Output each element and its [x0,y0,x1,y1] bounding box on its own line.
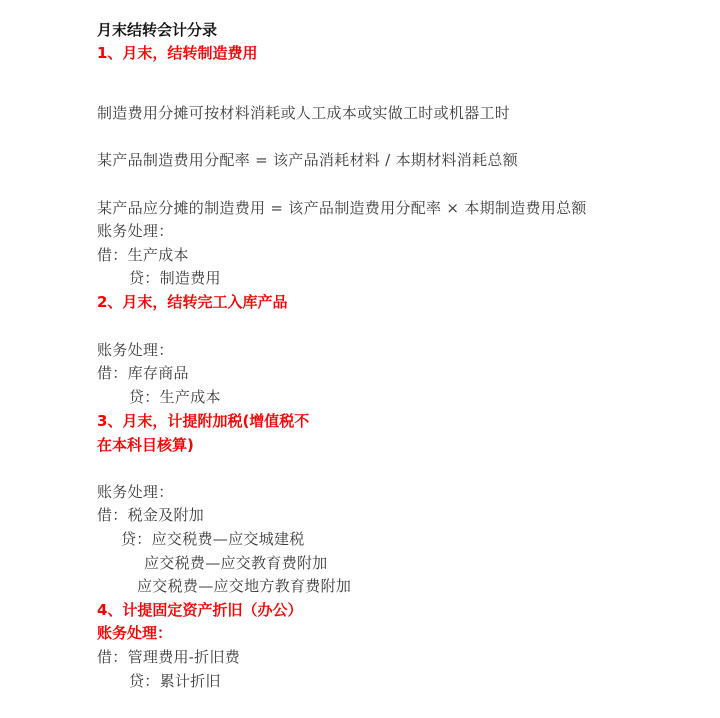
section-1-allocation-basis: 制造费用分摊可按材料消耗或人工成本或实做工时或机器工时 [97,103,510,123]
section-1-rate-formula: 某产品制造费用分配率 = 该产品消耗材料 / 本期材料消耗总额 [97,150,518,170]
section-4-credit-entry: 贷：累计折旧 [129,671,221,691]
section-2-credit-entry: 贷：生产成本 [129,387,221,407]
section-4-accounting-label: 账务处理： [97,623,172,643]
section-3-heading-line1: 3、月末，计提附加税(增值税不 [97,411,309,431]
section-1-credit-entry: 贷：制造费用 [129,268,221,288]
section-1-debit-entry: 借：生产成本 [97,245,189,265]
section-3-heading-line2: 在本科目核算) [97,435,194,455]
section-1-allocation-formula: 某产品应分摊的制造费用 = 该产品制造费用分配率 × 本期制造费用总额 [97,198,587,218]
section-2-debit-entry: 借：库存商品 [97,363,189,383]
document-title: 月末结转会计分录 [97,20,217,40]
section-3-credit-entry-1: 贷：应交税费—应交城建税 [121,529,305,549]
section-1-heading: 1、月末，结转制造费用 [97,43,257,63]
section-3-credit-entry-3: 应交税费—应交地方教育费附加 [137,576,351,596]
section-4-debit-entry: 借：管理费用-折旧费 [97,647,240,667]
section-2-accounting-label: 账务处理： [97,340,174,360]
section-1-accounting-label: 账务处理： [97,221,174,241]
section-3-credit-entry-2: 应交税费—应交教育费附加 [144,553,328,573]
section-3-accounting-label: 账务处理： [97,482,174,502]
section-2-heading: 2、月末，结转完工入库产品 [97,292,287,312]
section-3-debit-entry: 借：税金及附加 [97,505,204,525]
section-4-heading: 4、计提固定资产折旧（办公） [97,600,302,620]
